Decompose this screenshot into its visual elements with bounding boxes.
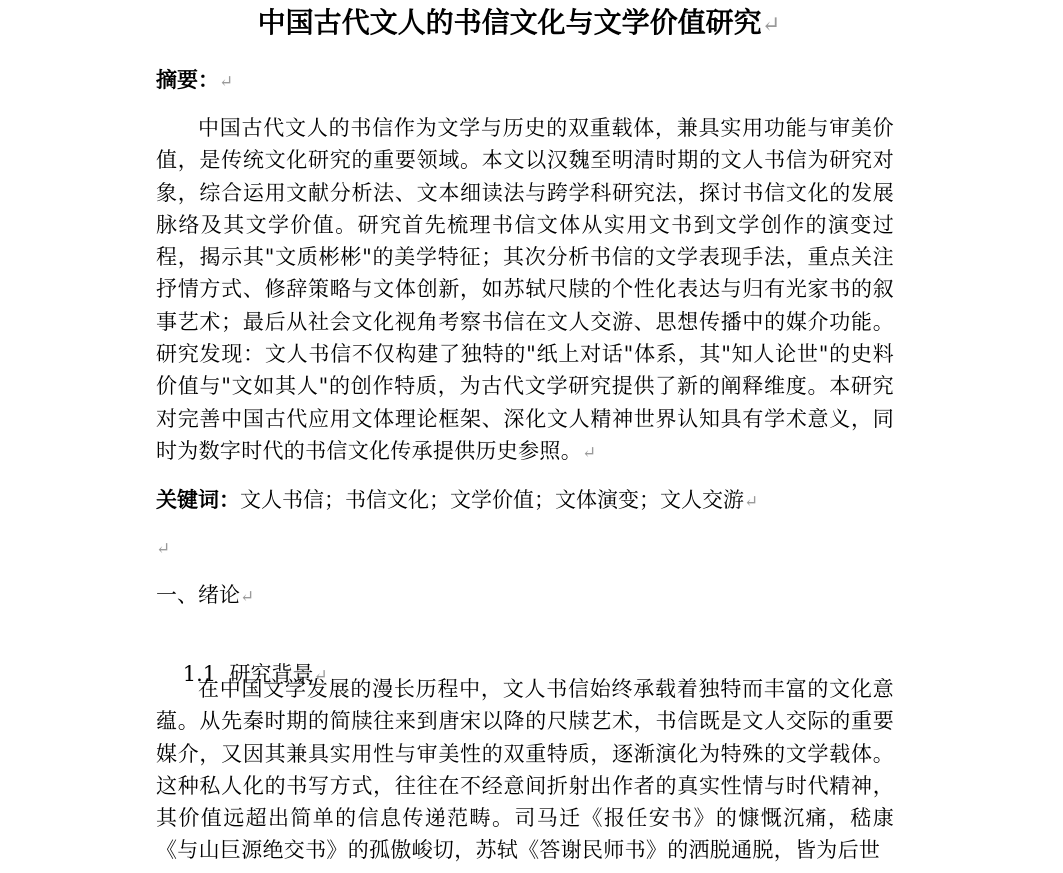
empty-paragraph: ↵	[156, 531, 170, 564]
section-heading-1: 一、绪论↵	[156, 579, 254, 612]
paragraph-mark-icon: ↵	[219, 71, 233, 91]
keywords-label: 关键词：	[156, 487, 240, 512]
background-text: 在中国文学发展的漫长历程中，文人书信始终承载着独特而丰富的文化意蕴。从先秦时期的…	[156, 677, 894, 862]
section-heading-text: 一、绪论	[156, 583, 240, 607]
abstract-paragraph: 中国古代文人的书信作为文学与历史的双重载体，兼具实用功能与审美价值，是传统文化研…	[156, 112, 894, 468]
background-paragraph: 在中国文学发展的漫长历程中，文人书信始终承载着独特而丰富的文化意蕴。从先秦时期的…	[156, 673, 894, 867]
abstract-label: 摘要：	[156, 67, 219, 92]
paragraph-mark-icon: ↵	[582, 442, 596, 462]
abstract-text: 中国古代文人的书信作为文学与历史的双重载体，兼具实用功能与审美价值，是传统文化研…	[156, 116, 894, 463]
keywords-text: 文人书信；书信文化；文学价值；文体演变；文人交游	[240, 488, 744, 512]
paragraph-mark-icon: ↵	[156, 538, 170, 558]
title-text: 中国古代文人的书信文化与文学价值研究	[258, 6, 762, 39]
paragraph-mark-icon: ↵	[744, 491, 758, 511]
keywords-line: 关键词：文人书信；书信文化；文学价值；文体演变；文人交游↵	[156, 484, 758, 517]
document-title: 中国古代文人的书信文化与文学价值研究↵	[150, 4, 888, 44]
paragraph-mark-icon: ↵	[240, 586, 254, 606]
abstract-label-line: 摘要：↵	[156, 64, 233, 97]
paragraph-mark-icon: ↵	[762, 12, 781, 38]
